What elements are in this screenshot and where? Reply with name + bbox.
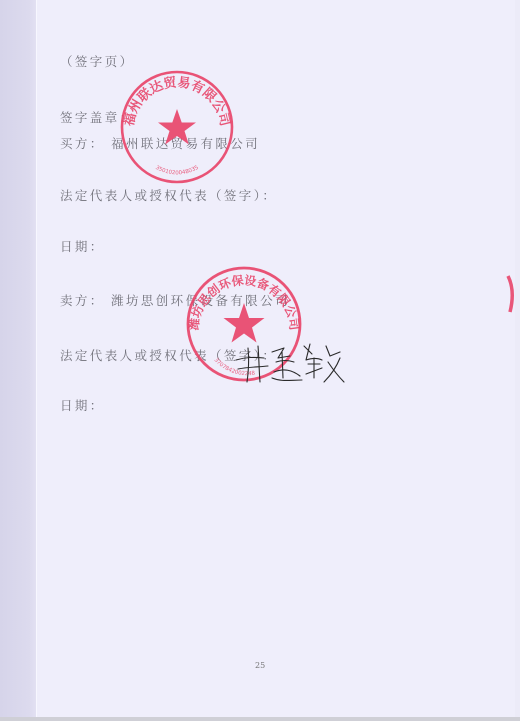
buyer-date-label: 日期： [60, 237, 105, 255]
buyer-seal-code: 3501020048035 [154, 165, 200, 177]
svg-text:3501020048035: 3501020048035 [154, 165, 200, 177]
cross-page-seal-fragment-icon [506, 274, 516, 314]
signature-text: 井建敏 [232, 338, 235, 339]
handwritten-signature-icon: 井建敏 [232, 338, 347, 386]
buyer-rep-label: 法定代表人或授权代表（签字）： [60, 186, 277, 204]
buyer-company-seal-icon: 福州联达贸易有限公司 3501020048035 [117, 67, 237, 187]
buyer-party-label: 买方： [60, 136, 105, 151]
scan-left-strip [0, 0, 36, 718]
seller-party-label: 卖方： [60, 293, 105, 308]
page-number: 25 [255, 661, 265, 670]
seller-date-label: 日期： [60, 396, 105, 414]
scan-bottom-edge [0, 717, 520, 721]
